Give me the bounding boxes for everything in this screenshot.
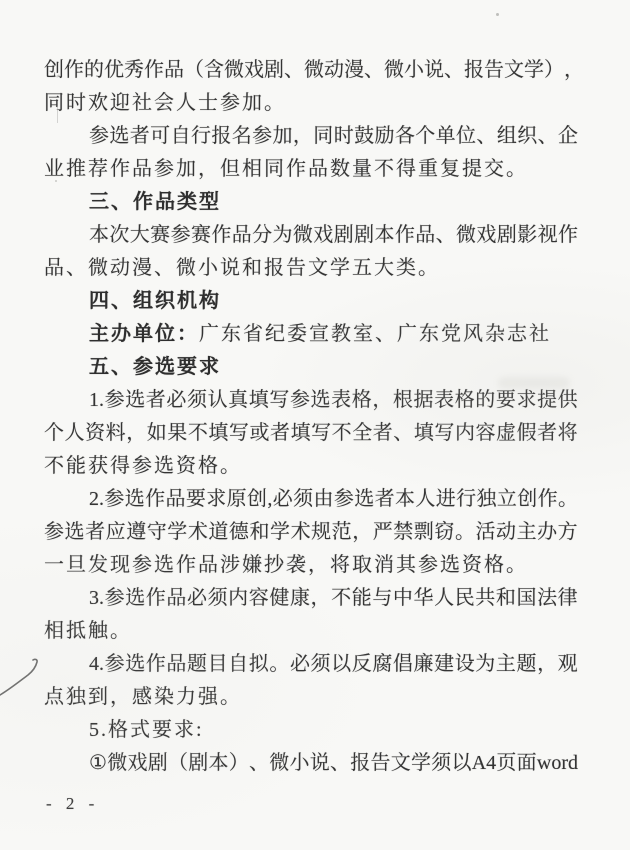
text-line: 1.参选者必须认真填写参选表格，根据表格的要求提供 <box>44 384 578 417</box>
heading-line: 五、参选要求 <box>44 351 578 384</box>
text-line: 主办单位：广东省纪委宣教室、广东党风杂志社 <box>44 318 578 351</box>
text-line: 业推荐作品参加，但相同作品数量不得重复提交。 <box>44 153 578 186</box>
text-line: 同时欢迎社会人士参加。 <box>44 87 578 120</box>
text-line: 不能获得参选资格。 <box>44 450 578 483</box>
text-line: 3.参选作品必须内容健康，不能与中华人民共和国法律 <box>44 582 578 615</box>
text-line: 5.格式要求: <box>44 714 578 747</box>
scan-speck <box>496 13 499 16</box>
heading-line: 四、组织机构 <box>44 285 578 318</box>
document-body: 创作的优秀作品（含微戏剧、微动漫、微小说、报告文学），同时欢迎社会人士参加。参选… <box>44 54 578 780</box>
page-number: - 2 - <box>46 794 99 814</box>
text-line: 品、微动漫、微小说和报告文学五大类。 <box>44 252 578 285</box>
text-line: 点独到，感染力强。 <box>44 681 578 714</box>
text-line: 参选者可自行报名参加，同时鼓励各个单位、组织、企 <box>44 120 578 153</box>
scanned-document-page: 创作的优秀作品（含微戏剧、微动漫、微小说、报告文学），同时欢迎社会人士参加。参选… <box>0 0 630 850</box>
text-line: 一旦发现参选作品涉嫌抄袭，将取消其参选资格。 <box>44 549 578 582</box>
field-value: 广东省纪委宣教室、广东党风杂志社 <box>199 323 551 345</box>
text-line: 创作的优秀作品（含微戏剧、微动漫、微小说、报告文学）， <box>44 54 578 87</box>
text-line: 2.参选作品要求原创,必须由参选者本人进行独立创作。 <box>44 483 578 516</box>
text-line: 4.参选作品题目自拟。必须以反腐倡廉建设为主题，观 <box>44 648 578 681</box>
text-line: 相抵触。 <box>44 615 578 648</box>
text-line: 参选者应遵守学术道德和学术规范，严禁剽窃。活动主办方 <box>44 516 578 549</box>
text-line: 本次大赛参赛作品分为微戏剧剧本作品、微戏剧影视作 <box>44 219 578 252</box>
field-label: 主办单位： <box>89 323 199 345</box>
heading-line: 三、作品类型 <box>44 186 578 219</box>
text-line: ①微戏剧（剧本）、微小说、报告文学须以A4页面word <box>44 747 578 780</box>
text-line: 个人资料，如果不填写或者填写不全者、填写内容虚假者将 <box>44 417 578 450</box>
